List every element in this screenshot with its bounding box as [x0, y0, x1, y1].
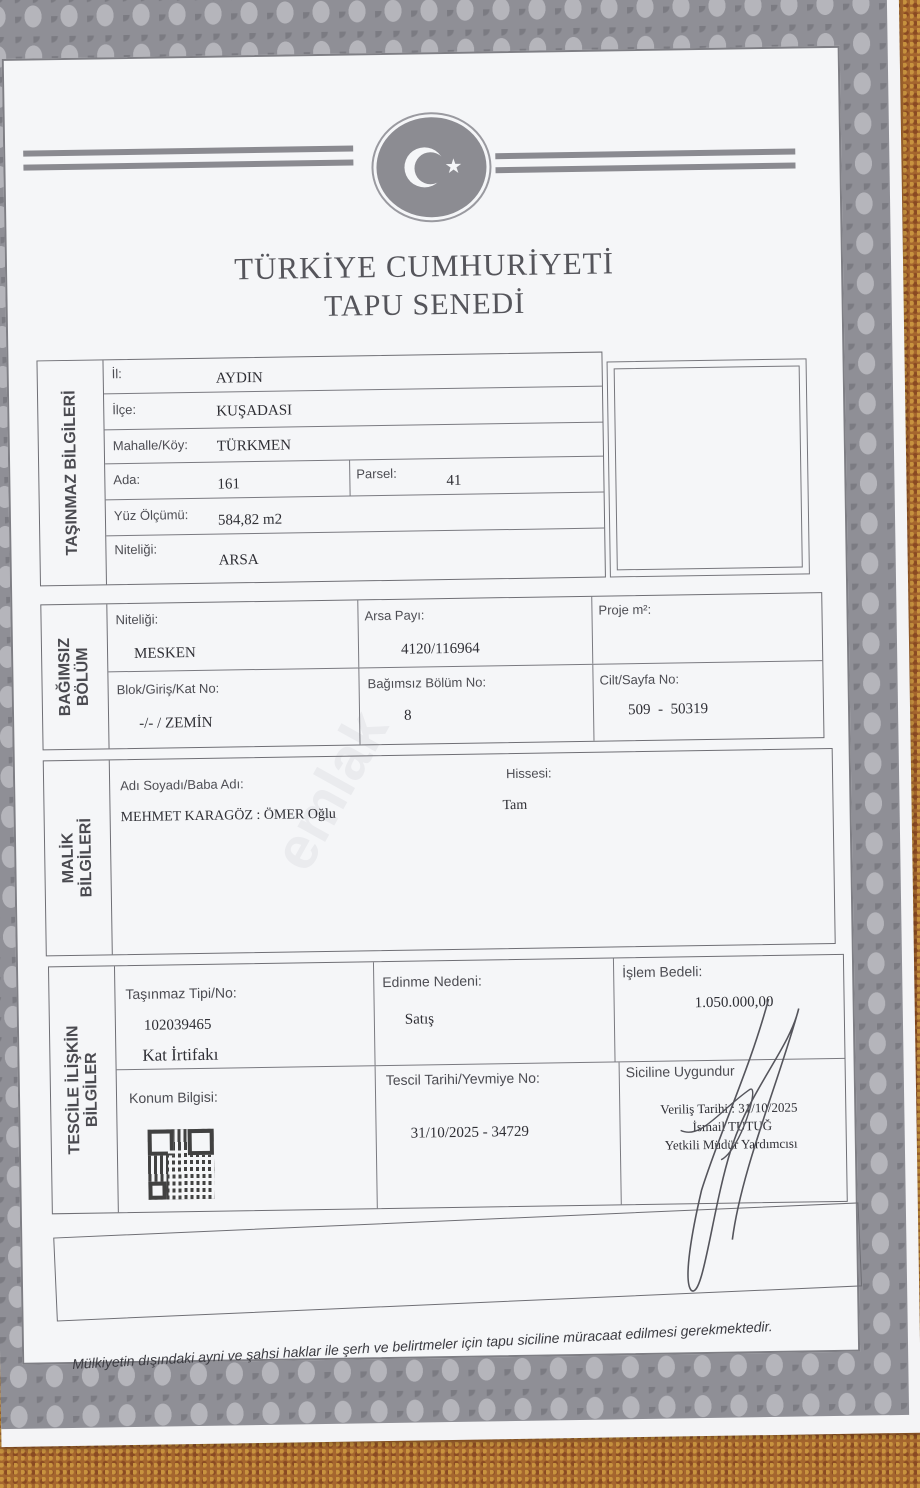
malik-adi-label: Adı Soyadı/Baba Adı: [120, 776, 244, 793]
sicil-label: Siciline Uygundur [626, 1063, 735, 1081]
mahalle-value: TÜRKMEN [217, 437, 291, 455]
parsel-label: Parsel: [356, 466, 397, 482]
section-malik: MALİK BİLGİLERİ Adı Soyadı/Baba Adı: MEH… [43, 748, 836, 956]
section-bagimsiz: BAĞIMSIZ BÖLÜM Niteliği: MESKEN Arsa Pay… [40, 592, 824, 750]
blok-value: -/- / ZEMİN [139, 715, 213, 733]
section-label-bagimsiz-1: BAĞIMSIZ [56, 638, 75, 716]
section-label-tescil-1: TESCİLE İLİŞKİN [64, 1025, 84, 1154]
parsel-value: 41 [446, 473, 461, 490]
cilt-value: 509 - 50319 [628, 701, 708, 719]
section-label-malik-2: BİLGİLERİ [77, 818, 96, 897]
mahalle-label: Mahalle/Köy: [113, 437, 188, 453]
row-tescil-1: Taşınmaz Tipi/No: 102039465 Kat İrtifakı… [115, 955, 845, 1070]
malik-adi-value: MEHMET KARAGÖZ : ÖMER Oğlu [121, 807, 336, 826]
arsa-payi-cell: Arsa Payı: 4120/116964 [357, 597, 592, 668]
tip-value: Kat İrtifakı [142, 1045, 218, 1066]
tip-no-value: 102039465 [144, 1017, 212, 1035]
tarih-label: Tescil Tarihi/Yevmiye No: [386, 1070, 540, 1088]
header-rule-right [495, 149, 795, 160]
verilis-line: Veriliş Tarihi : 31/10/2025 [660, 1100, 797, 1118]
edinme-value: Satış [405, 1011, 434, 1028]
yetkili-title: Yetkili Müdür Yardımcısı [665, 1136, 798, 1154]
ilce-label: İlçe: [112, 402, 136, 417]
ada-value: 161 [217, 476, 240, 493]
section-label-bagimsiz-2: BÖLÜM [74, 637, 93, 715]
bolum-no-label: Bağımsız Bölüm No: [367, 674, 486, 691]
section-label-bagimsiz-box: BAĞIMSIZ BÖLÜM [41, 604, 109, 749]
bedel-value: 1.050.000,00 [695, 994, 774, 1012]
section-label-bagimsiz: BAĞIMSIZ BÖLÜM [56, 637, 93, 716]
arsa-payi-label: Arsa Payı: [364, 607, 424, 623]
section-label-tescil: TESCİLE İLİŞKİN BİLGİLER [64, 1025, 102, 1154]
cilt-label: Cilt/Sayfa No: [599, 671, 679, 687]
section-tasinmaz: TAŞINMAZ BİLGİLERİ İl: AYDIN İlçe: KUŞAD… [36, 352, 605, 587]
annotation-box [53, 1202, 862, 1321]
crescent-star-icon: ★ [373, 113, 491, 221]
section-label-tescil-2: BİLGİLER [82, 1025, 102, 1154]
edinme-label: Edinme Nedeni: [382, 973, 482, 991]
section-label-malik: MALİK BİLGİLERİ [59, 818, 96, 898]
tarih-cell: Tescil Tarihi/Yevmiye No: 31/10/2025 - 3… [375, 1062, 621, 1208]
arsa-payi-value: 4120/116964 [401, 641, 480, 659]
bedel-cell: İşlem Bedeli: 1.050.000,00 [613, 955, 845, 1062]
header-rule-left [23, 145, 353, 156]
sicil-cell: Siciline Uygundur Veriliş Tarihi : 31/10… [619, 1059, 847, 1205]
section-tescil: TESCİLE İLİŞKİN BİLGİLER Taşınmaz Tipi/N… [48, 954, 848, 1214]
niteligi-label: Niteliği: [114, 542, 157, 558]
section-label-malik-1: MALİK [59, 818, 78, 897]
deed-sheet: emlak ★ TÜRKİYE CUMHURİYETİ TAPU SENEDİ … [0, 0, 920, 1447]
bb-niteligi-label: Niteliği: [115, 612, 158, 628]
row-malik: Adı Soyadı/Baba Adı: MEHMET KARAGÖZ : ÖM… [110, 749, 835, 954]
ada-label: Ada: [113, 472, 140, 487]
row-tescil-2: Konum Bilgisi: Tescil Tarihi/Yevmiye No:… [117, 1059, 847, 1212]
proje-label: Proje m²: [598, 602, 651, 618]
yetkili-name: İsmail TUTUĞ [692, 1118, 772, 1135]
row-bagimsiz-2: Blok/Giriş/Kat No: -/- / ZEMİN Bağımsız … [108, 661, 823, 748]
blok-label: Blok/Giriş/Kat No: [117, 681, 220, 698]
qr-code-icon[interactable] [148, 1129, 215, 1200]
hisse-label: Hissesi: [506, 765, 552, 781]
row-niteligi: Niteliği: ARSA [106, 529, 605, 585]
il-value: AYDIN [216, 370, 263, 388]
section-label-tescil-box: TESCİLE İLİŞKİN BİLGİLER [49, 966, 119, 1213]
section-label-tasinmaz: TAŞINMAZ BİLGİLERİ [61, 390, 82, 555]
proje-cell: Proje m²: [591, 593, 822, 664]
header-rule-left-2 [23, 159, 353, 170]
section-label-tasinmaz-box: TAŞINMAZ BİLGİLERİ [37, 360, 107, 585]
edinme-cell: Edinme Nedeni: Satış [373, 958, 615, 1065]
yuzolcumu-value: 584,82 m2 [218, 512, 282, 530]
bolum-no-value: 8 [404, 708, 412, 725]
header-rule-right-2 [495, 163, 795, 174]
document-paper: emlak ★ TÜRKİYE CUMHURİYETİ TAPU SENEDİ … [2, 46, 860, 1365]
photo-box-inner [614, 365, 803, 570]
konum-label: Konum Bilgisi: [129, 1089, 218, 1106]
hisse-value: Tam [502, 798, 527, 814]
bedel-label: İşlem Bedeli: [622, 963, 702, 980]
parsel-cell: Parsel: 41 [349, 457, 604, 496]
yuzolcumu-label: Yüz Ölçümü: [114, 507, 189, 523]
cilt-cell: Cilt/Sayfa No: 509 - 50319 [592, 661, 823, 741]
bb-niteligi-value: MESKEN [134, 645, 196, 663]
niteligi-value: ARSA [218, 552, 258, 570]
tarih-value: 31/10/2025 - 34729 [411, 1124, 530, 1143]
row-bagimsiz-1: Niteliği: MESKEN Arsa Payı: 4120/116964 … [107, 593, 822, 672]
ilce-value: KUŞADASI [216, 402, 292, 420]
bolum-no-cell: Bağımsız Bölüm No: 8 [358, 665, 593, 745]
tip-label: Taşınmaz Tipi/No: [125, 984, 237, 1002]
section-label-malik-box: MALİK BİLGİLERİ [44, 760, 113, 955]
photo-box [607, 358, 810, 577]
il-label: İl: [112, 366, 122, 381]
